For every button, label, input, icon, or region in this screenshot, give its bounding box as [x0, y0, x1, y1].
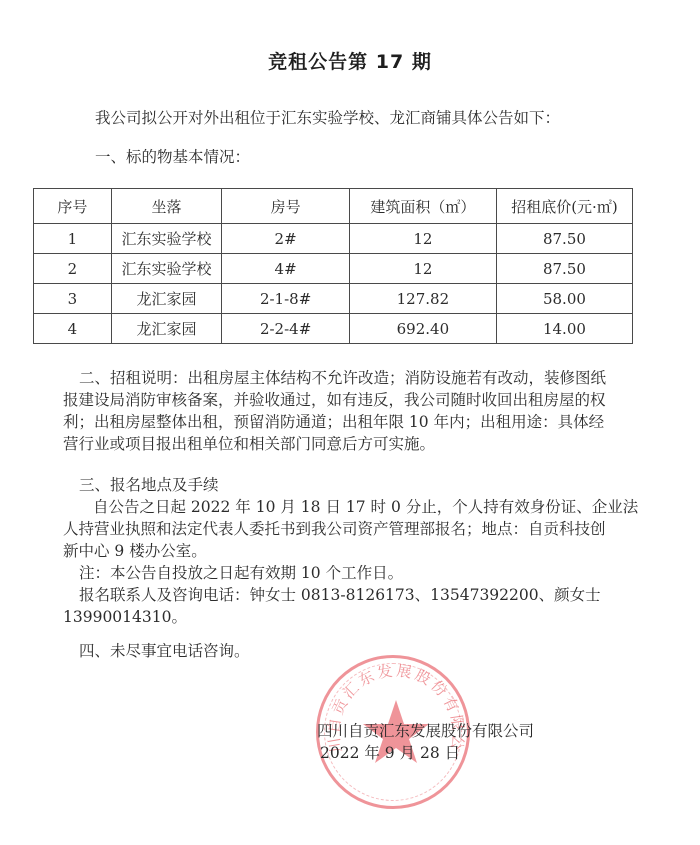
cell-price: 87.50 — [496, 224, 632, 254]
section4-heading: 四、未尽事宜电话咨询。 — [79, 640, 250, 662]
signature-company: 四川自贡汇东发展股份有限公司 — [317, 720, 534, 742]
section2-line: 利；出租房屋整体出租，预留消防通道；出租年限 10 年内；出租用途：具体经 — [63, 411, 643, 433]
section3-line: 人持营业执照和法定代表人委托书到我公司资产管理部报名；地点：自贡科技创 — [63, 518, 643, 540]
contact-line: 报名联系人及咨询电话：钟女士 0813-8126173、13547392200、… — [79, 584, 601, 606]
cell-room: 4# — [222, 254, 350, 284]
header-location: 坐落 — [111, 189, 222, 224]
cell-index: 3 — [34, 284, 112, 314]
cell-area: 692.40 — [349, 314, 496, 344]
section3-line: 新中心 9 楼办公室。 — [63, 540, 643, 562]
cell-index: 2 — [34, 254, 112, 284]
header-room: 房号 — [222, 189, 350, 224]
section2-line: 营行业或项目报出租单位和相关部门同意后方可实施。 — [63, 433, 643, 455]
table-row: 3 龙汇家园 2-1-8# 127.82 58.00 — [34, 284, 633, 314]
header-area: 建筑面积（㎡） — [349, 189, 496, 224]
property-table: 序号 坐落 房号 建筑面积（㎡） 招租底价(元·㎡) 1 汇东实验学校 2# 1… — [33, 188, 633, 344]
section3-paragraph: 自公告之日起 2022 年 10 月 18 日 17 时 0 分止，个人持有效身… — [63, 496, 643, 562]
cell-index: 1 — [34, 224, 112, 254]
section2-line: 报建设局消防审核备案，并验收通过，如有违反，我公司随时收回出租房屋的权 — [63, 389, 643, 411]
table-row: 2 汇东实验学校 4# 12 87.50 — [34, 254, 633, 284]
cell-location: 汇东实验学校 — [111, 254, 222, 284]
header-price: 招租底价(元·㎡) — [496, 189, 632, 224]
document-title: 竞租公告第 17 期 — [0, 47, 700, 74]
cell-price: 14.00 — [496, 314, 632, 344]
section3-line: 自公告之日起 2022 年 10 月 18 日 17 时 0 分止，个人持有效身… — [63, 496, 643, 518]
cell-location: 汇东实验学校 — [111, 224, 222, 254]
cell-area: 12 — [349, 224, 496, 254]
cell-price: 58.00 — [496, 284, 632, 314]
cell-room: 2# — [222, 224, 350, 254]
table-row: 4 龙汇家园 2-2-4# 692.40 14.00 — [34, 314, 633, 344]
cell-area: 127.82 — [349, 284, 496, 314]
cell-price: 87.50 — [496, 254, 632, 284]
cell-location: 龙汇家园 — [111, 314, 222, 344]
section1-heading: 一、标的物基本情况： — [95, 146, 250, 168]
cell-index: 4 — [34, 314, 112, 344]
table-row: 1 汇东实验学校 2# 12 87.50 — [34, 224, 633, 254]
intro-text: 我公司拟公开对外出租位于汇东实验学校、龙汇商铺具体公告如下： — [95, 107, 560, 129]
validity-note: 注：本公告自投放之日起有效期 10 个工作日。 — [79, 562, 403, 584]
cell-room: 2-1-8# — [222, 284, 350, 314]
contact-line: 13990014310。 — [63, 606, 187, 628]
cell-room: 2-2-4# — [222, 314, 350, 344]
section2-paragraph: 二、招租说明：出租房屋主体结构不允许改造；消防设施若有改动，装修图纸 报建设局消… — [63, 367, 643, 455]
signature-date: 2022 年 9 月 28 日 — [320, 742, 460, 764]
section3-heading: 三、报名地点及手续 — [79, 474, 219, 496]
table-header-row: 序号 坐落 房号 建筑面积（㎡） 招租底价(元·㎡) — [34, 189, 633, 224]
section2-line: 二、招租说明：出租房屋主体结构不允许改造；消防设施若有改动，装修图纸 — [63, 367, 643, 389]
header-index: 序号 — [34, 189, 112, 224]
cell-area: 12 — [349, 254, 496, 284]
cell-location: 龙汇家园 — [111, 284, 222, 314]
